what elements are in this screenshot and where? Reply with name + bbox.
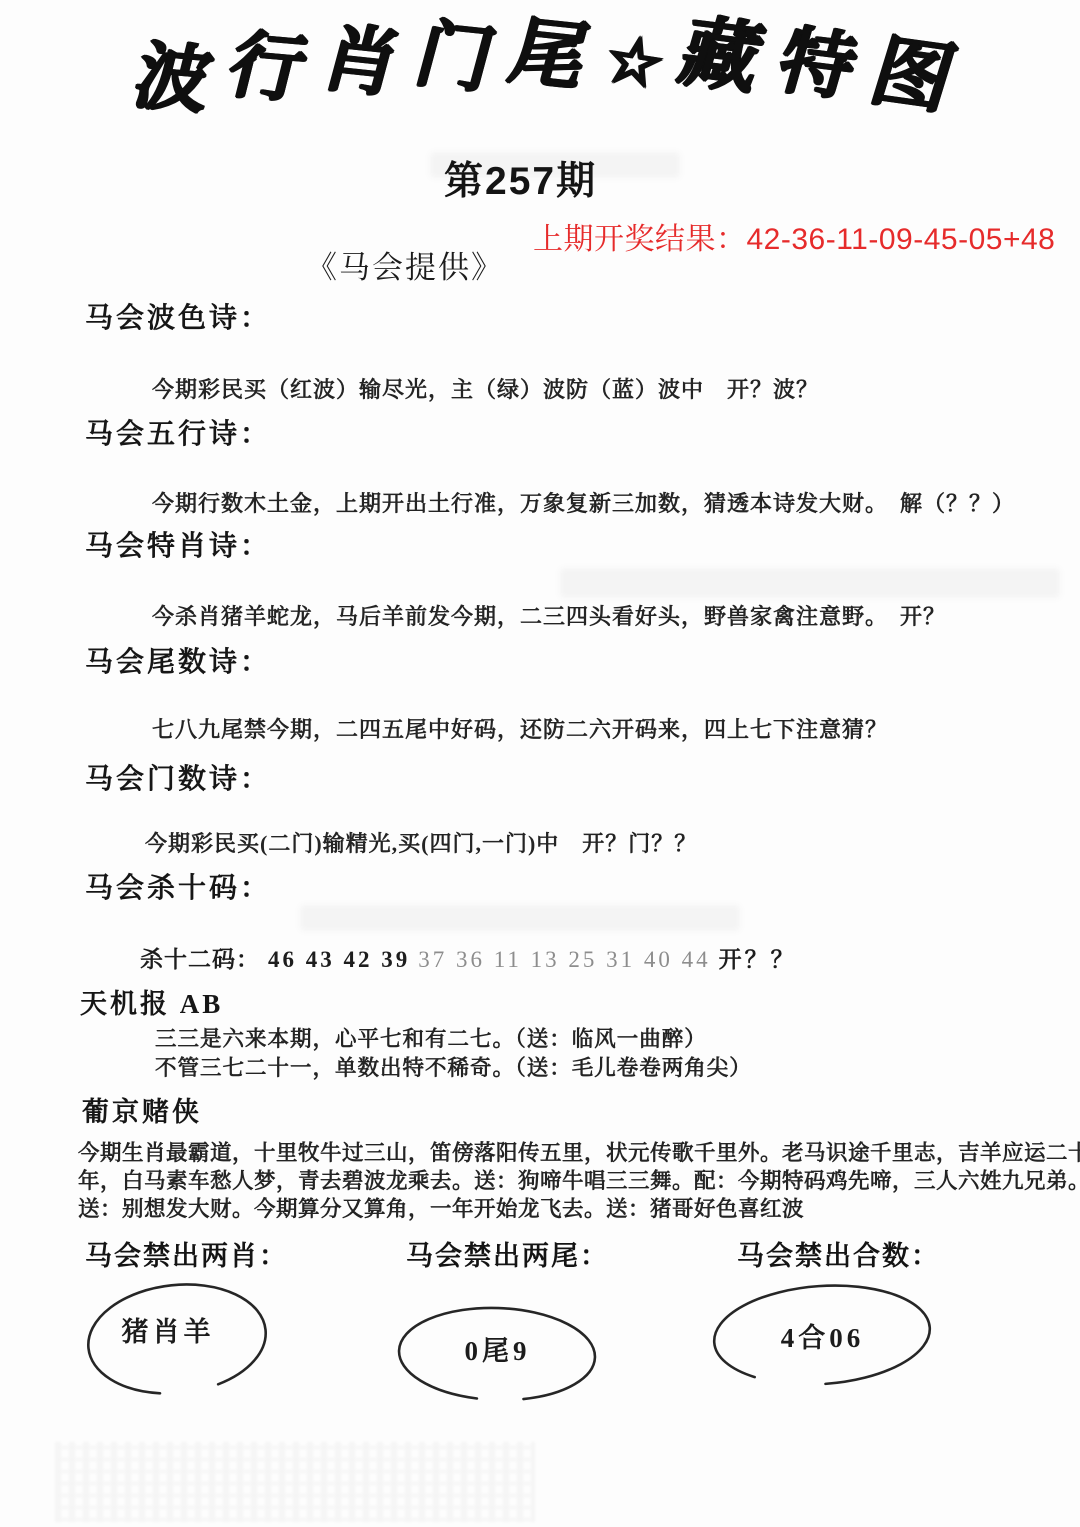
section-heading-texiao: 马会特肖诗： [85, 524, 271, 564]
forbidden-heading-sum: 马会禁出合数： [737, 1234, 940, 1273]
kill-codes-label: 杀十二码： [140, 947, 260, 972]
pujing-line: 年，白马素车愁人梦，青去碧波龙乘去。送：狗啼牛唱三三舞。配：今期特码鸡先啼，三人… [78, 1164, 1080, 1195]
scan-noise [55, 1442, 535, 1522]
section-heading-pujing: 葡京赌侠 [82, 1090, 202, 1129]
scan-smudge [300, 905, 740, 931]
forbidden-heading-zodiac: 马会禁出两肖： [85, 1234, 288, 1273]
tip-sheet-page: 波行肖门尾☆藏特图 第257期 上期开奖结果：42-36-11-09-45-05… [0, 0, 1080, 1527]
poem-line-texiao: 今杀肖猪羊蛇龙，马后羊前发今期，二三四头看好头，野兽家禽注意野。 开？ [152, 600, 946, 631]
title-char: 图 [863, 32, 983, 121]
pujing-line: 送：别想发大财。今期算分又算角，一年开始龙飞去。送：猪哥好色喜红波 [78, 1192, 804, 1223]
tianji-line: 三三是六来本期，心平七和有二七。（送：临风一曲醉） [155, 1022, 707, 1053]
section-heading-bose: 马会波色诗： [85, 296, 271, 336]
forbidden-circle-zodiac: 猪肖羊 [82, 1280, 272, 1398]
poem-line-menshu: 今期彩民买(二门)输精光,买(四门,一门)中 开？门？？ [145, 827, 697, 858]
last-draw-result: 上期开奖结果：42-36-11-09-45-05+48 [533, 214, 1055, 258]
scan-smudge [430, 152, 680, 178]
last-draw-label: 上期开奖结果： [533, 223, 747, 256]
section-heading-kill: 马会杀十码： [85, 866, 271, 906]
poem-line-bose: 今期彩民买（红波）输尽光，主（绿）波防（蓝）波中 开？波？ [152, 373, 819, 404]
section-heading-menshu: 马会门数诗： [85, 757, 271, 797]
forbidden-value-tail: 0尾9 [465, 1329, 531, 1368]
section-heading-wuxing: 马会五行诗： [85, 412, 271, 452]
tianji-line: 不管三七二十一，单数出特不稀奇。（送：毛儿卷卷两角尖） [155, 1051, 752, 1082]
kill-codes-suffix: 开？？ [719, 947, 797, 972]
section-heading-weishu: 马会尾数诗： [85, 640, 271, 680]
page-title: 波行肖门尾☆藏特图 [0, 22, 1080, 100]
forbidden-circle-sum: 4合06 [710, 1283, 935, 1388]
forbidden-value-zodiac: 猪肖羊 [122, 1310, 215, 1349]
kill-codes-faint: 37 36 11 13 25 31 40 44 [418, 947, 710, 972]
last-draw-numbers: 42-36-11-09-45-05+48 [747, 223, 1056, 256]
poem-line-weishu: 七八九尾禁今期，二四五尾中好码，还防二六开码来，四上七下注意猜？ [152, 713, 888, 744]
section-heading-tianji: 天机报 AB [80, 982, 223, 1021]
title-char: 波 [127, 40, 239, 121]
kill-codes-strong: 46 43 42 39 [268, 947, 410, 972]
forbidden-value-sum: 4合06 [781, 1316, 865, 1355]
forbidden-heading-tail: 马会禁出两尾： [406, 1234, 609, 1273]
pujing-line: 今期生肖最霸道，十里牧牛过三山，笛傍落阳传五里，状元传歌千里外。老马识途千里志，… [78, 1136, 1080, 1167]
forbidden-circle-tail: 0尾9 [395, 1305, 600, 1403]
provider-note: 《马会提供》 [306, 242, 504, 287]
kill-codes-line: 杀十二码：46 43 42 3937 36 11 13 25 31 40 44开… [140, 941, 797, 974]
poem-line-wuxing: 今期行数木土金，上期开出土行准，万象复新三加数，猜透本诗发大财。 解（？？） [152, 487, 1015, 518]
scan-smudge [560, 568, 1060, 598]
